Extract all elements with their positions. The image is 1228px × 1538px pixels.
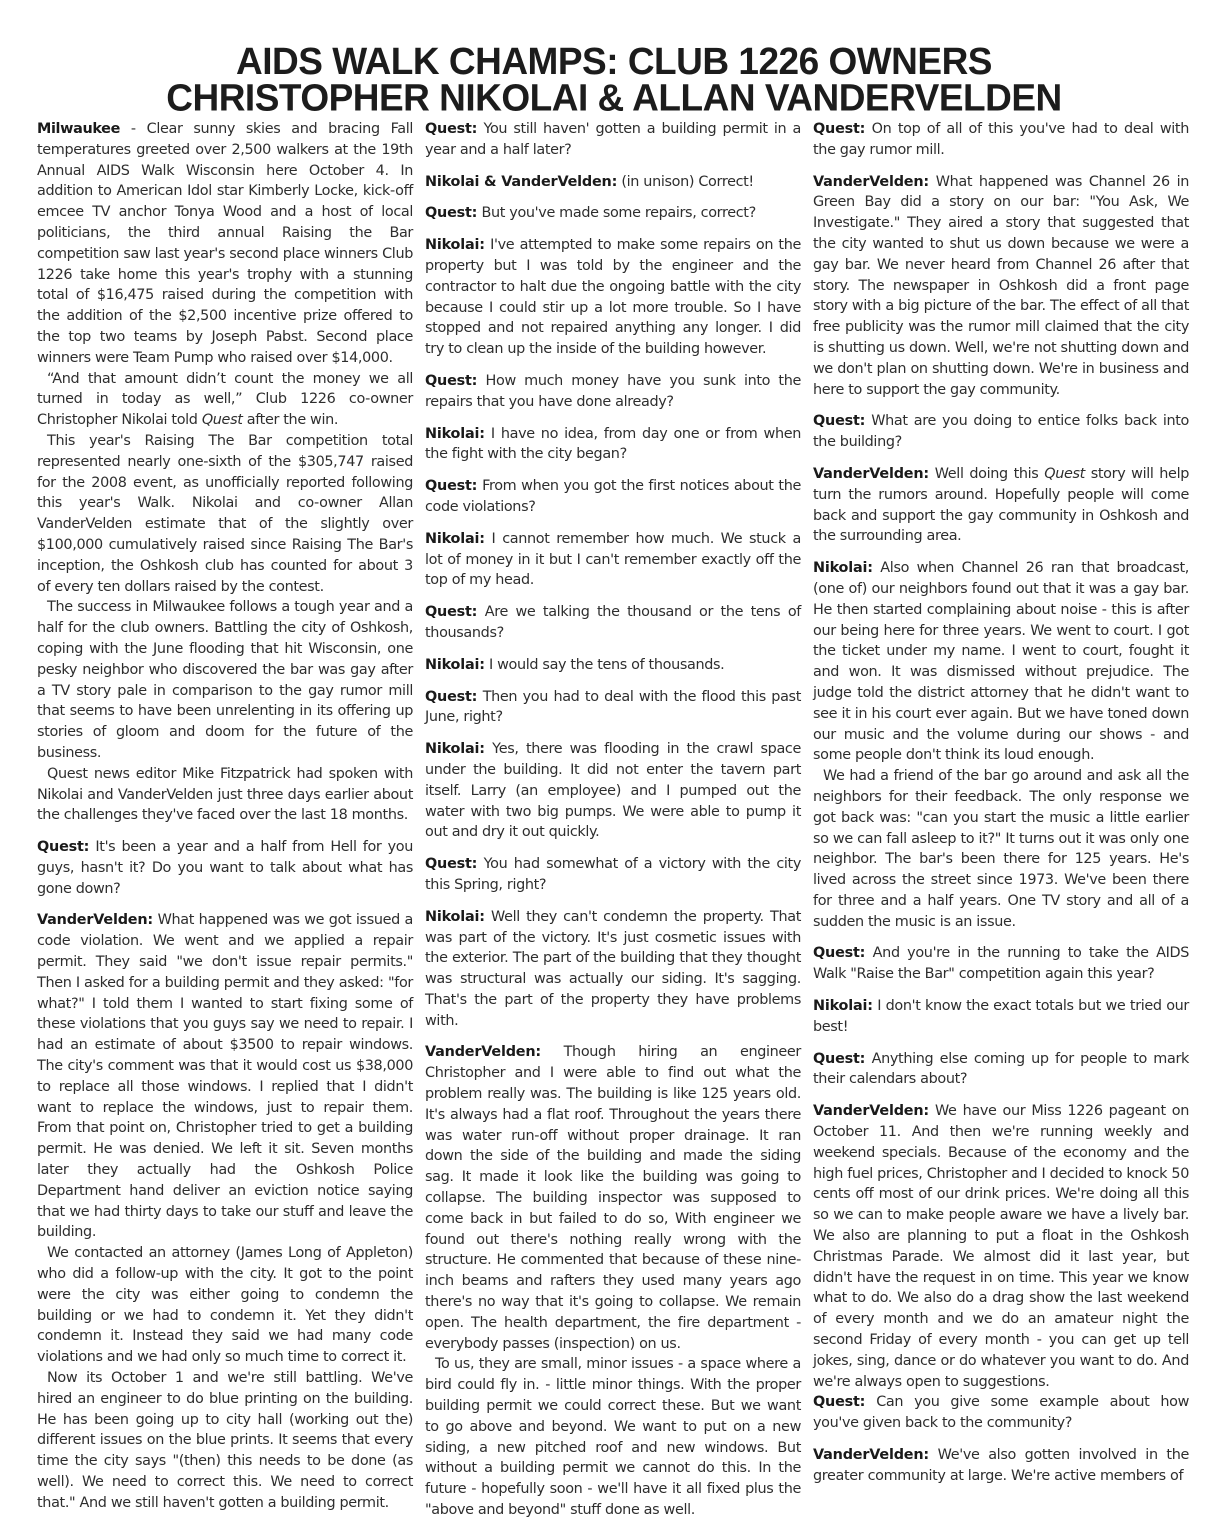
paragraph: This year's Raising The Bar competition … — [37, 431, 413, 597]
interview-question: Quest: Anything else coming up for peopl… — [813, 1049, 1189, 1091]
speaker-label: Nikolai: — [425, 426, 485, 442]
speaker-label: Quest: — [425, 373, 477, 389]
speaker-label: VanderVelden: — [813, 1103, 929, 1119]
interview-question: Quest: Can you give some example about h… — [813, 1392, 1189, 1434]
speaker-label: VanderVelden: — [425, 1044, 541, 1060]
paragraph-dateline: Milwaukee - Clear sunny skies and bracin… — [37, 119, 413, 369]
speaker-label: Nikolai: — [813, 998, 873, 1014]
paragraph: We had a friend of the bar go around and… — [813, 766, 1189, 932]
speaker-label: Quest: — [425, 856, 477, 872]
interview-answer: Nikolai: Yes, there was flooding in the … — [425, 739, 801, 843]
interview-answer: Nikolai & VanderVelden: (in unison) Corr… — [425, 172, 801, 193]
article-headline: AIDS WALK CHAMPS: CLUB 1226 OWNERS CHRIS… — [0, 43, 1228, 116]
interview-question: Quest: And you're in the running to take… — [813, 943, 1189, 985]
interview-question: Quest: Are we talking the thousand or th… — [425, 602, 801, 644]
headline-line-2: CHRISTOPHER NIKOLAI & ALLAN VANDERVELDEN — [0, 80, 1228, 117]
interview-question: Quest: But you've made some repairs, cor… — [425, 203, 801, 224]
speaker-label: Nikolai: — [425, 531, 485, 547]
interview-question: Quest: It's been a year and a half from … — [37, 837, 413, 899]
speaker-label: Quest: — [425, 205, 477, 221]
interview-answer: Nikolai: Also when Channel 26 ran that b… — [813, 558, 1189, 766]
speaker-label: Quest: — [813, 1394, 865, 1410]
interview-question: Quest: Then you had to deal with the flo… — [425, 687, 801, 729]
interview-answer: VanderVelden: What happened was Channel … — [813, 172, 1189, 401]
speaker-label: Nikolai: — [813, 560, 873, 576]
dateline: Milwaukee — [37, 121, 120, 137]
speaker-label: VanderVelden: — [813, 1447, 929, 1463]
interview-question: Quest: You had somewhat of a victory wit… — [425, 854, 801, 896]
interview-answer: Nikolai: I cannot remember how much. We … — [425, 529, 801, 591]
interview-answer: VanderVelden: We have our Miss 1226 page… — [813, 1101, 1189, 1392]
paragraph: Quest news editor Mike Fitzpatrick had s… — [37, 764, 413, 826]
article-column-2: Quest: You still haven' gotten a buildin… — [425, 119, 801, 1521]
interview-question: Quest: From when you got the first notic… — [425, 476, 801, 518]
interview-question: Quest: You still haven' gotten a buildin… — [425, 119, 801, 161]
interview-answer: VanderVelden: Though hiring an engineer … — [425, 1042, 801, 1354]
paragraph: Now its October 1 and we're still battli… — [37, 1368, 413, 1514]
paragraph: “And that amount didn’t count the money … — [37, 369, 413, 431]
interview-answer: Nikolai: I've attempted to make some rep… — [425, 235, 801, 360]
interview-answer: VanderVelden: We've also gotten involved… — [813, 1445, 1189, 1487]
speaker-label: Quest: — [813, 413, 865, 429]
speaker-label: Nikolai & VanderVelden: — [425, 174, 617, 190]
interview-answer: Nikolai: I would say the tens of thousan… — [425, 655, 801, 676]
speaker-label: Quest: — [813, 121, 865, 137]
interview-answer: Nikolai: I don't know the exact totals b… — [813, 996, 1189, 1038]
interview-answer: Nikolai: I have no idea, from day one or… — [425, 424, 801, 466]
speaker-label: Quest: — [425, 689, 477, 705]
publication-name: Quest — [1044, 466, 1085, 482]
speaker-label: VanderVelden: — [813, 174, 929, 190]
interview-answer: VanderVelden: Well doing this Quest stor… — [813, 464, 1189, 547]
paragraph: We contacted an attorney (James Long of … — [37, 1243, 413, 1368]
speaker-label: Quest: — [37, 839, 89, 855]
speaker-label: VanderVelden: — [37, 912, 153, 928]
speaker-label: Quest: — [425, 604, 477, 620]
interview-question: Quest: On top of all of this you've had … — [813, 119, 1189, 161]
speaker-label: Nikolai: — [425, 657, 485, 673]
article-column-1: Milwaukee - Clear sunny skies and bracin… — [37, 119, 413, 1514]
speaker-label: VanderVelden: — [813, 466, 929, 482]
interview-answer: VanderVelden: What happened was we got i… — [37, 910, 413, 1243]
speaker-label: Quest: — [425, 121, 477, 137]
speaker-label: Quest: — [813, 945, 865, 961]
paragraph: The success in Milwaukee follows a tough… — [37, 597, 413, 763]
speaker-label: Nikolai: — [425, 741, 485, 757]
speaker-label: Nikolai: — [425, 237, 485, 253]
paragraph: To us, they are small, minor issues - a … — [425, 1354, 801, 1520]
interview-answer: Nikolai: Well they can't condemn the pro… — [425, 907, 801, 1032]
headline-line-1: AIDS WALK CHAMPS: CLUB 1226 OWNERS — [0, 43, 1228, 80]
article-column-3: Quest: On top of all of this you've had … — [813, 119, 1189, 1487]
interview-question: Quest: What are you doing to entice folk… — [813, 411, 1189, 453]
speaker-label: Quest: — [425, 478, 477, 494]
publication-name: Quest — [202, 412, 243, 428]
speaker-label: Nikolai: — [425, 909, 485, 925]
speaker-label: Quest: — [813, 1051, 865, 1067]
interview-question: Quest: How much money have you sunk into… — [425, 371, 801, 413]
